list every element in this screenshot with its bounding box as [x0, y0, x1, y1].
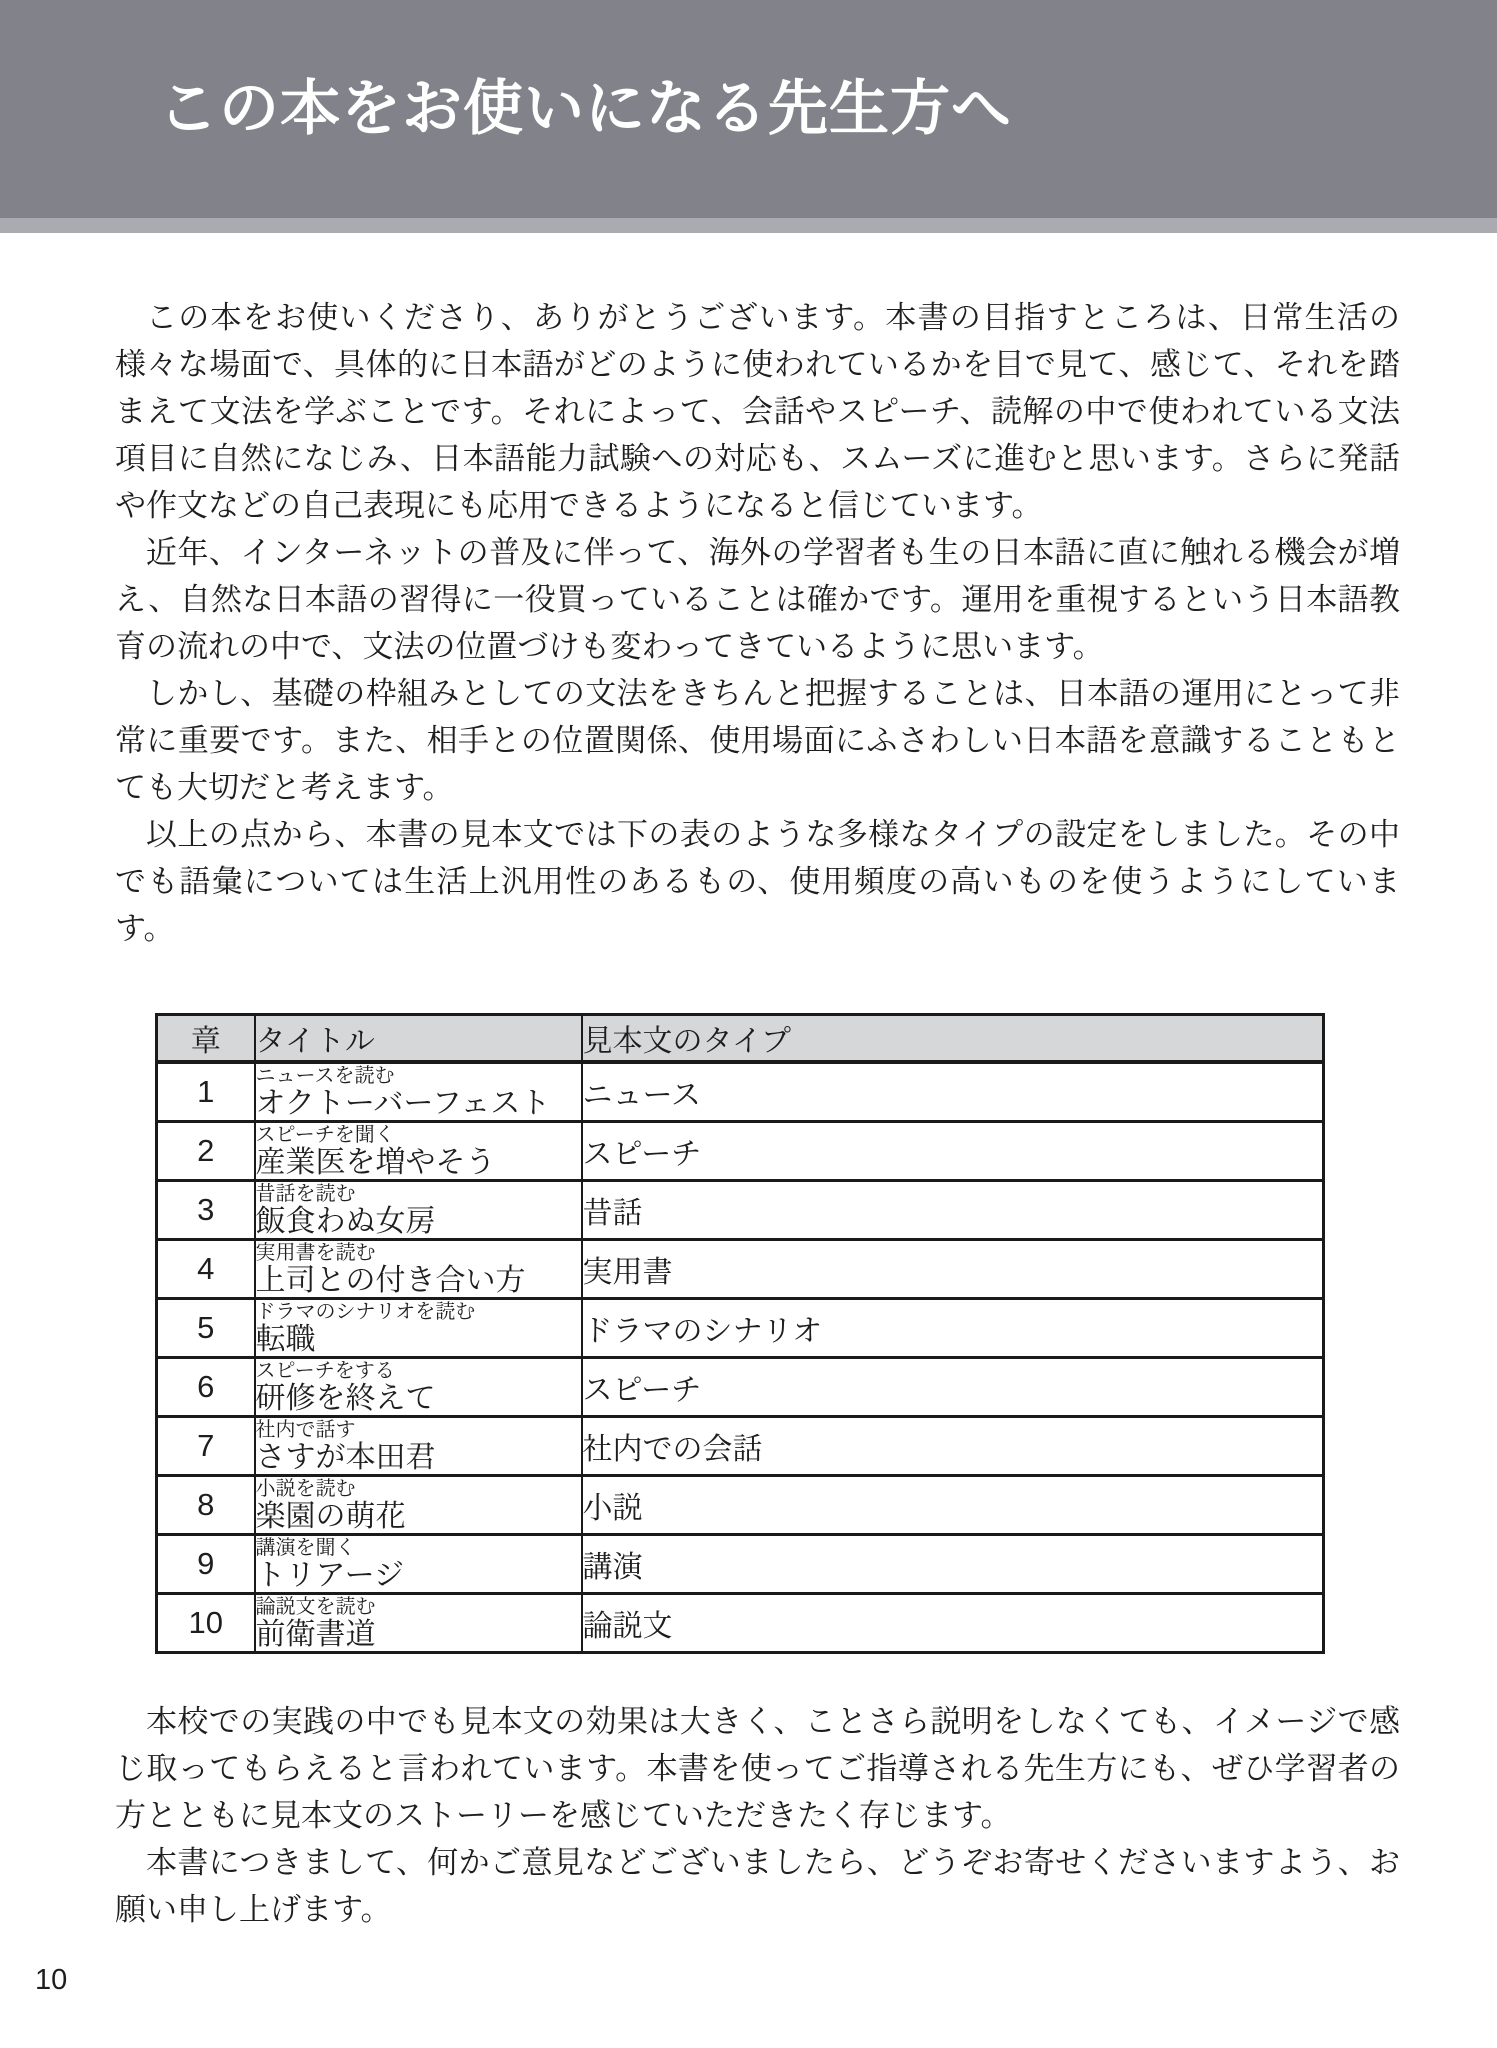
chapter-activity-label: スピーチをする	[256, 1359, 581, 1383]
chapter-activity-label: 論説文を読む	[256, 1595, 581, 1619]
page-header-banner: この本をお使いになる先生方へ	[0, 0, 1497, 218]
sample-type: ドラマのシナリオ	[582, 1299, 1324, 1358]
column-header-title: タイトル	[255, 1015, 582, 1063]
intro-paragraph-1: この本をお使いくださり、ありがとうございます。本書の目指すところは、日常生活の様…	[115, 294, 1400, 529]
chapter-title: さすが本田君	[256, 1442, 581, 1474]
table-header-row: 章 タイトル 見本文のタイプ	[157, 1015, 1324, 1063]
chapter-number: 6	[157, 1358, 255, 1417]
sample-type: スピーチ	[582, 1122, 1324, 1181]
sample-type: ニュース	[582, 1062, 1324, 1122]
table-row: 7 社内で話す さすが本田君 社内での会話	[157, 1417, 1324, 1476]
column-header-sample-type: 見本文のタイプ	[582, 1015, 1324, 1063]
chapter-number: 2	[157, 1122, 255, 1181]
closing-paragraph-2: 本書につきまして、何かご意見などございましたら、どうぞお寄せくださいますよう、お…	[115, 1839, 1400, 1933]
sample-text-type-table: 章 タイトル 見本文のタイプ 1 ニュースを読む オクトーバーフェスト ニュース…	[155, 1013, 1325, 1654]
header-accent-strip	[0, 218, 1497, 233]
table-row: 2 スピーチを聞く 産業医を増やそう スピーチ	[157, 1122, 1324, 1181]
chapter-number: 4	[157, 1240, 255, 1299]
chapter-activity-label: 実用書を読む	[256, 1241, 581, 1265]
table-row: 5 ドラマのシナリオを読む 転職 ドラマのシナリオ	[157, 1299, 1324, 1358]
chapter-activity-label: 講演を聞く	[256, 1536, 581, 1560]
column-header-chapter: 章	[157, 1015, 255, 1063]
chapter-title-cell: 小説を読む 楽園の萌花	[255, 1476, 582, 1535]
sample-type: 論説文	[582, 1594, 1324, 1653]
chapter-title-cell: 講演を聞く トリアージ	[255, 1535, 582, 1594]
chapter-number: 9	[157, 1535, 255, 1594]
table-row: 10 論説文を読む 前衛書道 論説文	[157, 1594, 1324, 1653]
intro-paragraph-3: しかし、基礎の枠組みとしての文法をきちんと把握することは、日本語の運用にとって非…	[115, 670, 1400, 811]
chapter-title: 飯食わぬ女房	[256, 1206, 581, 1238]
sample-type: スピーチ	[582, 1358, 1324, 1417]
chapter-title: 研修を終えて	[256, 1383, 581, 1415]
chapter-number: 5	[157, 1299, 255, 1358]
chapter-activity-label: ドラマのシナリオを読む	[256, 1300, 581, 1324]
chapter-title: 前衛書道	[256, 1619, 581, 1651]
sample-type: 小説	[582, 1476, 1324, 1535]
chapter-title-cell: 実用書を読む 上司との付き合い方	[255, 1240, 582, 1299]
chapter-number: 10	[157, 1594, 255, 1653]
page-number: 10	[35, 1964, 67, 1997]
chapter-activity-label: 小説を読む	[256, 1477, 581, 1501]
table-row: 9 講演を聞く トリアージ 講演	[157, 1535, 1324, 1594]
chapter-number: 1	[157, 1062, 255, 1122]
chapter-title-cell: スピーチをする 研修を終えて	[255, 1358, 582, 1417]
table-row: 4 実用書を読む 上司との付き合い方 実用書	[157, 1240, 1324, 1299]
chapter-title: トリアージ	[256, 1560, 581, 1592]
chapter-number: 8	[157, 1476, 255, 1535]
chapter-activity-label: 社内で話す	[256, 1418, 581, 1442]
table-row: 6 スピーチをする 研修を終えて スピーチ	[157, 1358, 1324, 1417]
sample-type: 昔話	[582, 1181, 1324, 1240]
table-row: 8 小説を読む 楽園の萌花 小説	[157, 1476, 1324, 1535]
chapter-number: 3	[157, 1181, 255, 1240]
chapter-activity-label: ニュースを読む	[256, 1064, 581, 1088]
chapter-activity-label: 昔話を読む	[256, 1182, 581, 1206]
sample-type: 講演	[582, 1535, 1324, 1594]
table-row: 3 昔話を読む 飯食わぬ女房 昔話	[157, 1181, 1324, 1240]
sample-type: 実用書	[582, 1240, 1324, 1299]
closing-paragraph-1: 本校での実践の中でも見本文の効果は大きく、ことさら説明をしなくても、イメージで感…	[115, 1698, 1400, 1839]
chapter-number: 7	[157, 1417, 255, 1476]
chapter-title-cell: スピーチを聞く 産業医を増やそう	[255, 1122, 582, 1181]
document-page: この本をお使いになる先生方へ この本をお使いくださり、ありがとうございます。本書…	[0, 0, 1497, 2048]
chapter-title: 上司との付き合い方	[256, 1265, 581, 1297]
chapter-activity-label: スピーチを聞く	[256, 1123, 581, 1147]
chapter-title-cell: 論説文を読む 前衛書道	[255, 1594, 582, 1653]
sample-type: 社内での会話	[582, 1417, 1324, 1476]
page-content: この本をお使いくださり、ありがとうございます。本書の目指すところは、日常生活の様…	[0, 233, 1497, 1933]
chapter-title: 産業医を増やそう	[256, 1147, 581, 1179]
table-row: 1 ニュースを読む オクトーバーフェスト ニュース	[157, 1062, 1324, 1122]
chapter-title-cell: ニュースを読む オクトーバーフェスト	[255, 1062, 582, 1122]
chapter-title-cell: 昔話を読む 飯食わぬ女房	[255, 1181, 582, 1240]
chapter-title-cell: 社内で話す さすが本田君	[255, 1417, 582, 1476]
intro-paragraph-4: 以上の点から、本書の見本文では下の表のような多様なタイプの設定をしました。その中…	[115, 811, 1400, 952]
chapter-title: オクトーバーフェスト	[256, 1088, 581, 1120]
chapter-title-cell: ドラマのシナリオを読む 転職	[255, 1299, 582, 1358]
intro-paragraph-2: 近年、インターネットの普及に伴って、海外の学習者も生の日本語に直に触れる機会が増…	[115, 529, 1400, 670]
chapter-title: 楽園の萌花	[256, 1501, 581, 1533]
page-title: この本をお使いになる先生方へ	[158, 79, 1012, 139]
chapter-title: 転職	[256, 1324, 581, 1356]
